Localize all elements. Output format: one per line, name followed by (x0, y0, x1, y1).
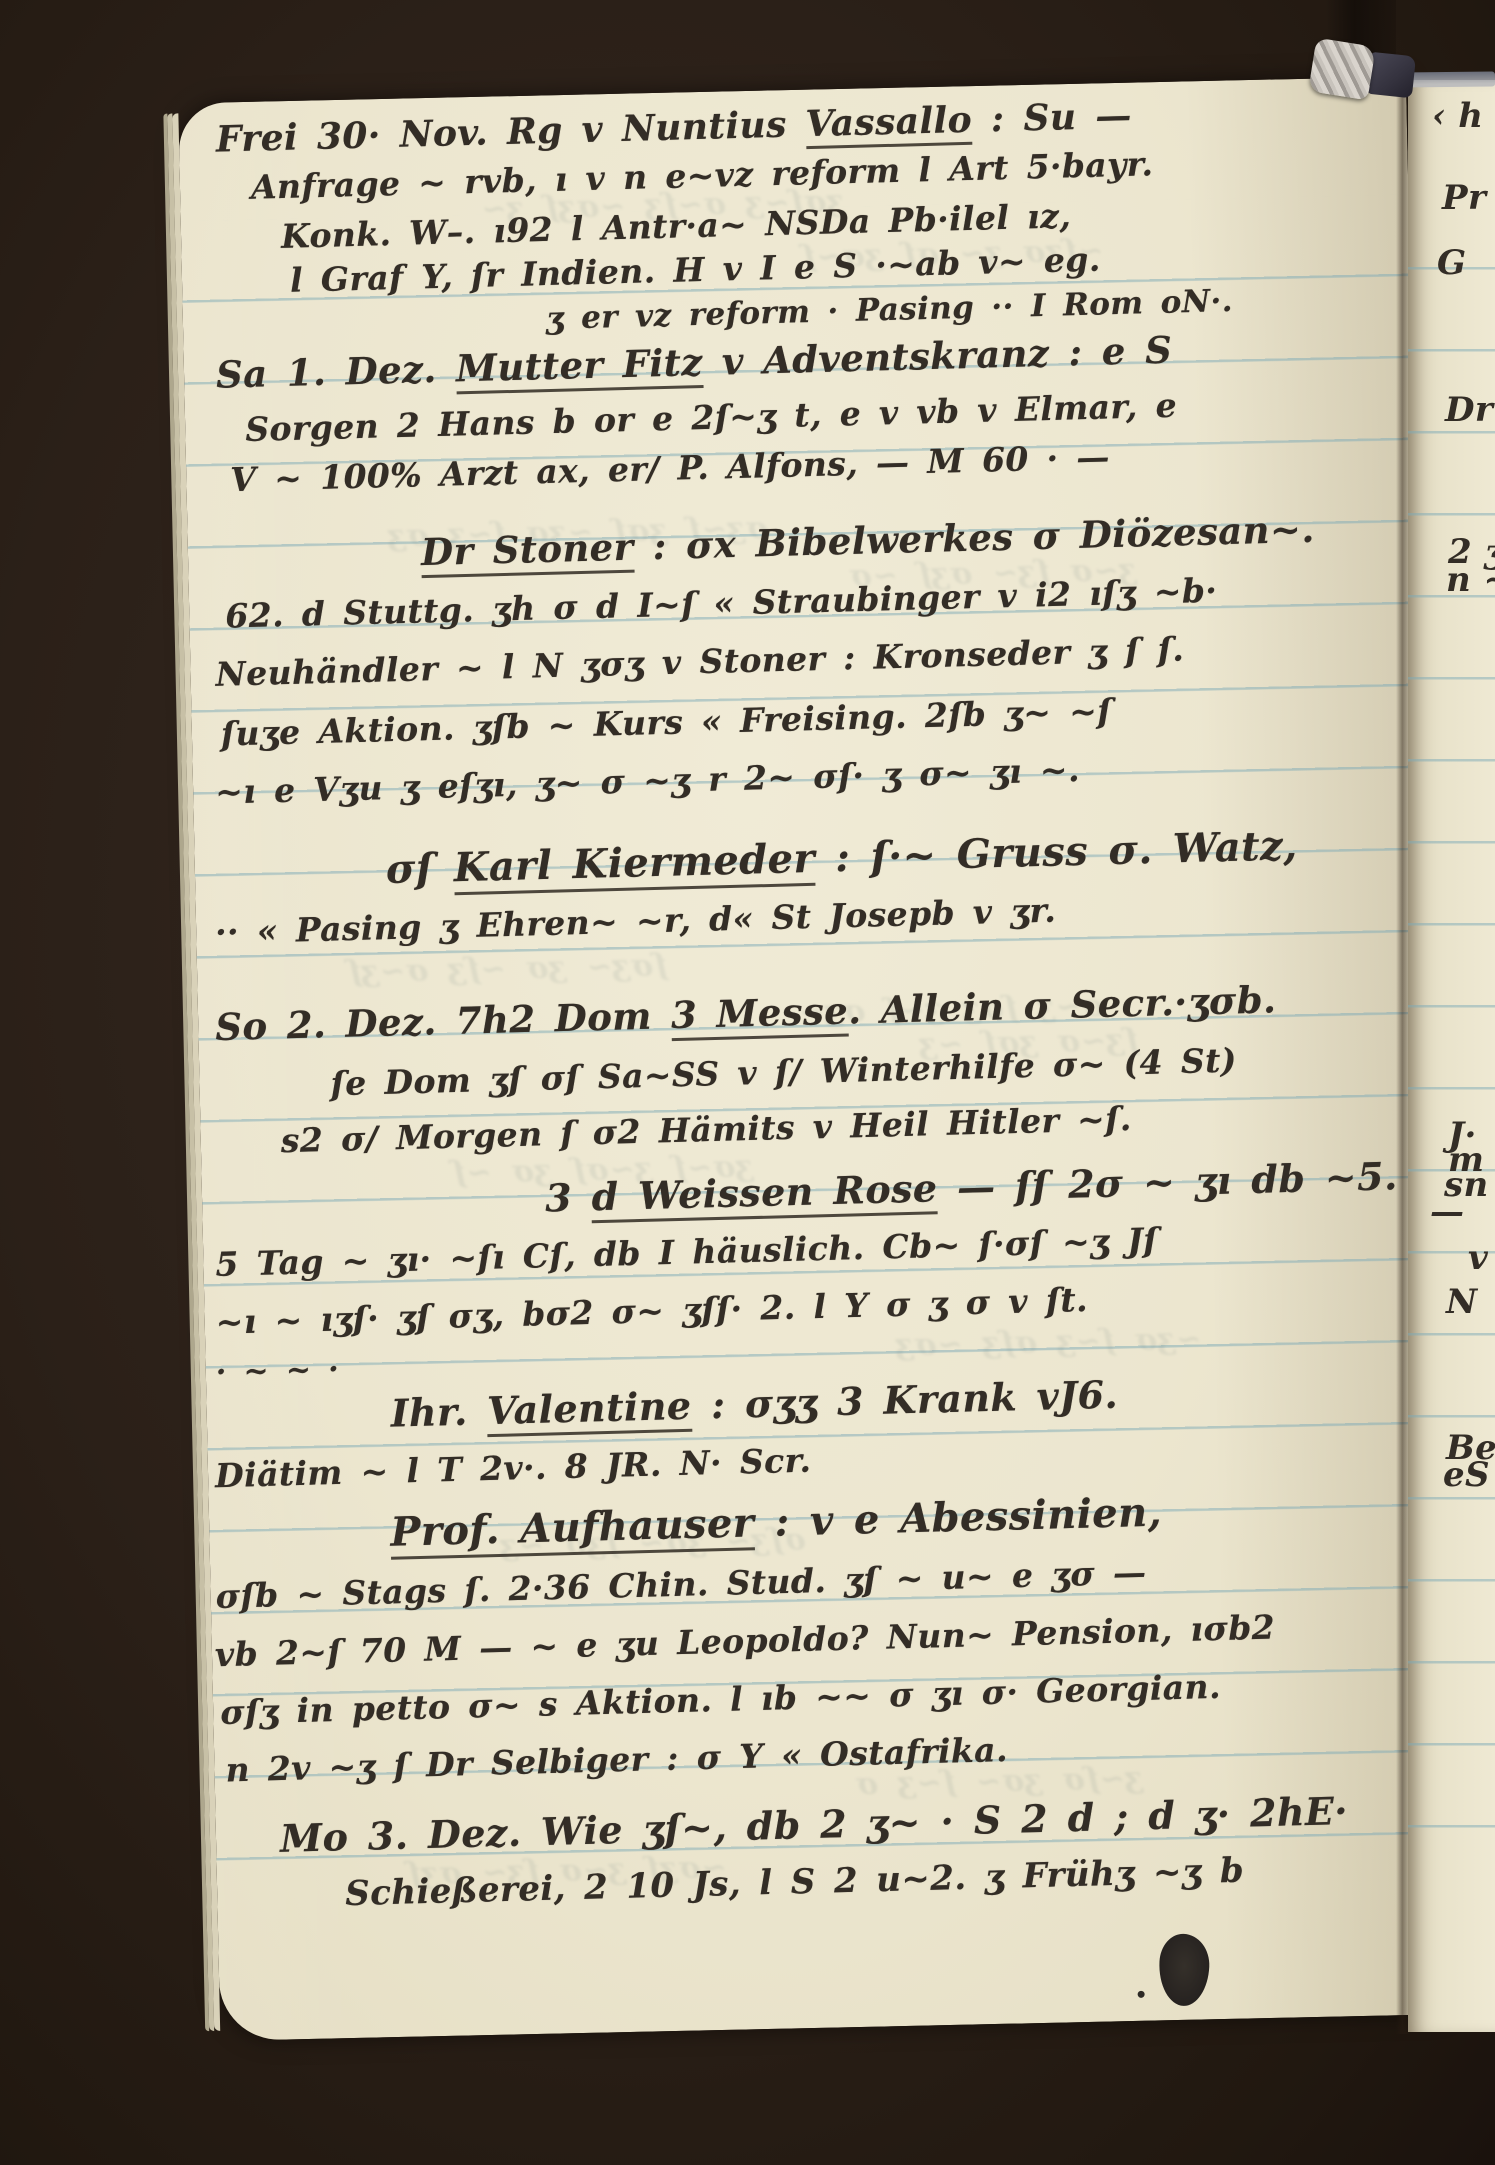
handwriting-text: 3 (545, 1174, 593, 1220)
handwriting-text: Schießerei, 2 10 Js, l S 2 u~2. ʒ Frühʒ … (345, 1851, 1245, 1915)
handwriting-line: Diätim ~ l T 2v·. 8 JR. N· Scr. (215, 1441, 812, 1496)
handwriting-fragment: n ~ (1446, 560, 1495, 600)
handwriting-fragment: eS (1443, 1455, 1490, 1495)
photograph-of-open-notebook: ʒσſ~ʒ σ~ſʒ ~σʒſ ʒ~~ſʒσ ʒ~ σſ ʒσ~ſσʒ~ſ ʒσ… (0, 0, 1495, 2165)
handwriting-text: V ~ 100% Arzt ax, er/ P. Alfons, — M 60 … (230, 437, 1110, 499)
handwriting-text: σſʒ in petto σ~ s Aktion. l ıb ~~ σ ʒı σ… (220, 1667, 1222, 1732)
handwriting-text: ·· « Pasing ʒ Ehren~ ~r, d« St Josepb v … (215, 891, 1057, 952)
handwriting-text: ſuʒe Aktion. ʒſb ~ Kurs « Freising. 2ſb … (220, 691, 1112, 753)
handwriting-text: σſ (385, 844, 454, 893)
handwriting-text: : σx Bibelwerkes σ Diözesan~. (633, 507, 1315, 569)
handwriting-line: σſʒ in petto σ~ s Aktion. l ıb ~~ σ ʒı σ… (220, 1667, 1222, 1732)
handwriting-line: ſuʒe Aktion. ʒſb ~ Kurs « Freising. 2ſb … (220, 691, 1112, 753)
bookmark-cord (1308, 38, 1376, 101)
handwriting-text: v Adventskranz : e S (702, 328, 1173, 384)
handwriting-text: Frei 30· Nov. Rg v Nuntius (215, 103, 806, 160)
handwriting-line: So 2. Dez. 7h2 Dom 3 Messe. Allein σ Sec… (215, 977, 1277, 1049)
handwriting-text: · ~ ~ · (215, 1352, 339, 1390)
handwriting-underlined-text: 3 Messe (670, 989, 848, 1042)
handwriting-line: Neuhändler ~ l N ʒσʒ v Stoner : Kronsede… (215, 629, 1184, 693)
handwriting-underlined-text: Karl Kiermeder (453, 835, 815, 895)
handwriting-underlined-text: Dr Stoner (420, 525, 634, 579)
handwriting-line: ~ı e Vʒu ʒ eſʒı, ʒ~ σ ~ʒ r 2~ σſ· ʒ σ~ ʒ… (215, 750, 1081, 812)
handwriting-fragment: v (1468, 1238, 1488, 1278)
handwriting-line: · ~ ~ · (215, 1352, 339, 1390)
handwriting-text: s2 σ/ Morgen ſ σ2 Hämits v Heil Hitler ~… (280, 1099, 1132, 1160)
handwriting-underlined-text: Prof. Aufhauser (390, 1499, 755, 1560)
handwriting-line: ~ı ~ ıʒſ· ʒſ σʒ, bσ2 σ~ ʒſſ· 2. l Y σ ʒ … (215, 1280, 1088, 1342)
handwriting-line: vb 2~ſ 70 M — ~ e ʒu Leopoldo? Nun~ Pens… (214, 1608, 1275, 1675)
handwriting-text: ſe Dom ʒſ σſ Sa~SS v ſ/ Winterhilfe σ~ (… (330, 1041, 1237, 1104)
handwriting-text: 62. d Stuttg. ʒh σ d I~ſ « Straubinger v… (225, 571, 1218, 636)
handwriting-line: Prof. Aufhauser : v e Abessinien, (390, 1489, 1163, 1556)
handwriting-fragment: N (1446, 1282, 1477, 1322)
handwriting-line: σſ Karl Kiermeder : ſ·~ Gruss σ. Watz, (385, 822, 1298, 893)
handwriting-text: : Su — (971, 95, 1132, 141)
handwriting-fragment: ‹ h (1432, 96, 1483, 136)
handwriting-text: n 2v ~ʒ ſ Dr Selbiger : σ Y « Ostafrika. (225, 1730, 1008, 1789)
handwriting-line: Mo 3. Dez. Wie ʒſ~, db 2 ʒ~ · S 2 d ; d … (279, 1788, 1348, 1861)
handwriting-fragment: G (1437, 243, 1466, 283)
handwriting-fragment: Pr (1442, 178, 1486, 218)
handwriting-text: ~ı ~ ıʒſ· ʒſ σʒ, bσ2 σ~ ʒſſ· 2. l Y σ ʒ … (215, 1280, 1088, 1342)
handwriting-line: Ihr. Valentine : σʒʒ 3 Krank vJ6. (390, 1372, 1118, 1436)
handwriting-text: : v e Abessinien, (754, 1489, 1163, 1547)
handwriting-text: So 2. Dez. 7h2 Dom (215, 993, 672, 1049)
right-page-fragment-layer: ‹ hPrGDr2 ʒn ~J·msn—vNBeeS (1408, 80, 1495, 2032)
handwriting-text: — ſſ 2σ ~ ʒı db ~5. (937, 1153, 1398, 1210)
handwriting-line: V ~ 100% Arzt ax, er/ P. Alfons, — M 60 … (230, 437, 1110, 499)
handwriting-fragment: — (1430, 1192, 1464, 1232)
handwriting-line: s2 σ/ Morgen ſ σ2 Hämits v Heil Hitler ~… (280, 1099, 1132, 1160)
handwriting-text: σſb ~ Stags ſ. 2·36 Chin. Stud. ʒſ ~ u~ … (215, 1553, 1147, 1616)
handwriting-text: Sa 1. Dez. (216, 346, 457, 396)
handwriting-text: : ſ·~ Gruss σ. Watz, (814, 822, 1298, 882)
handwriting-line: ſe Dom ʒſ σſ Sa~SS v ſ/ Winterhilfe σ~ (… (330, 1041, 1237, 1104)
handwriting-text: Ihr. (390, 1388, 488, 1436)
handwriting-text: 5 Tag ~ ʒı· ~ſı Cſ, db I häuslich. Cb~ ſ… (215, 1220, 1158, 1284)
handwriting-text: : σʒʒ 3 Krank vJ6. (691, 1372, 1119, 1428)
handwriting-underlined-text: d Weissen Rose (591, 1165, 938, 1223)
handwriting-fragment: Dr (1445, 390, 1493, 430)
handwriting-text: ~ı e Vʒu ʒ eſʒı, ʒ~ σ ~ʒ r 2~ σſ· ʒ σ~ ʒ… (215, 750, 1081, 812)
handwriting-line: Sa 1. Dez. Mutter Fitz v Adventskranz : … (216, 328, 1173, 397)
handwriting-line: 5 Tag ~ ʒı· ~ſı Cſ, db I häuslich. Cb~ ſ… (215, 1220, 1158, 1284)
handwriting-line: ·· « Pasing ʒ Ehren~ ~r, d« St Josepb v … (215, 891, 1057, 952)
handwriting-text: . Allein σ Secr.·ʒσb. (848, 977, 1277, 1032)
handwriting-underlined-text: Valentine (487, 1383, 692, 1437)
handwriting-line: 62. d Stuttg. ʒh σ d I~ſ « Straubinger v… (225, 571, 1218, 636)
handwriting-text: Mo 3. Dez. Wie ʒſ~, db 2 ʒ~ · S 2 d ; d … (279, 1788, 1348, 1861)
handwriting-layer: Frei 30· Nov. Rg v Nuntius Vassallo : Su… (178, 77, 1448, 2041)
handwriting-underlined-text: Mutter Fitz (455, 340, 703, 394)
handwriting-text: Neuhändler ~ l N ʒσʒ v Stoner : Kronsede… (215, 629, 1184, 693)
handwriting-underlined-text: Vassallo (805, 99, 973, 149)
handwriting-line: Schießerei, 2 10 Js, l S 2 u~2. ʒ Frühʒ … (345, 1851, 1245, 1915)
handwriting-text: Diätim ~ l T 2v·. 8 JR. N· Scr. (215, 1441, 812, 1496)
handwriting-line: Dr Stoner : σx Bibelwerkes σ Diözesan~. (420, 507, 1315, 574)
handwriting-line: σſb ~ Stags ſ. 2·36 Chin. Stud. ʒſ ~ u~ … (215, 1553, 1147, 1616)
notebook-page-right: ‹ hPrGDr2 ʒn ~J·msn—vNBeeS (1408, 80, 1495, 2032)
notebook-page-left: ʒσſ~ʒ σ~ſʒ ~σʒſ ʒ~~ſʒσ ʒ~ σſ ʒσ~ſσʒ~ſ ʒσ… (178, 77, 1448, 2041)
handwriting-text: vb 2~ſ 70 M — ~ e ʒu Leopoldo? Nun~ Pens… (214, 1608, 1275, 1675)
handwriting-line: 3 d Weissen Rose — ſſ 2σ ~ ʒı db ~5. (545, 1153, 1399, 1220)
handwriting-line: n 2v ~ʒ ſ Dr Selbiger : σ Y « Ostafrika. (225, 1730, 1008, 1789)
